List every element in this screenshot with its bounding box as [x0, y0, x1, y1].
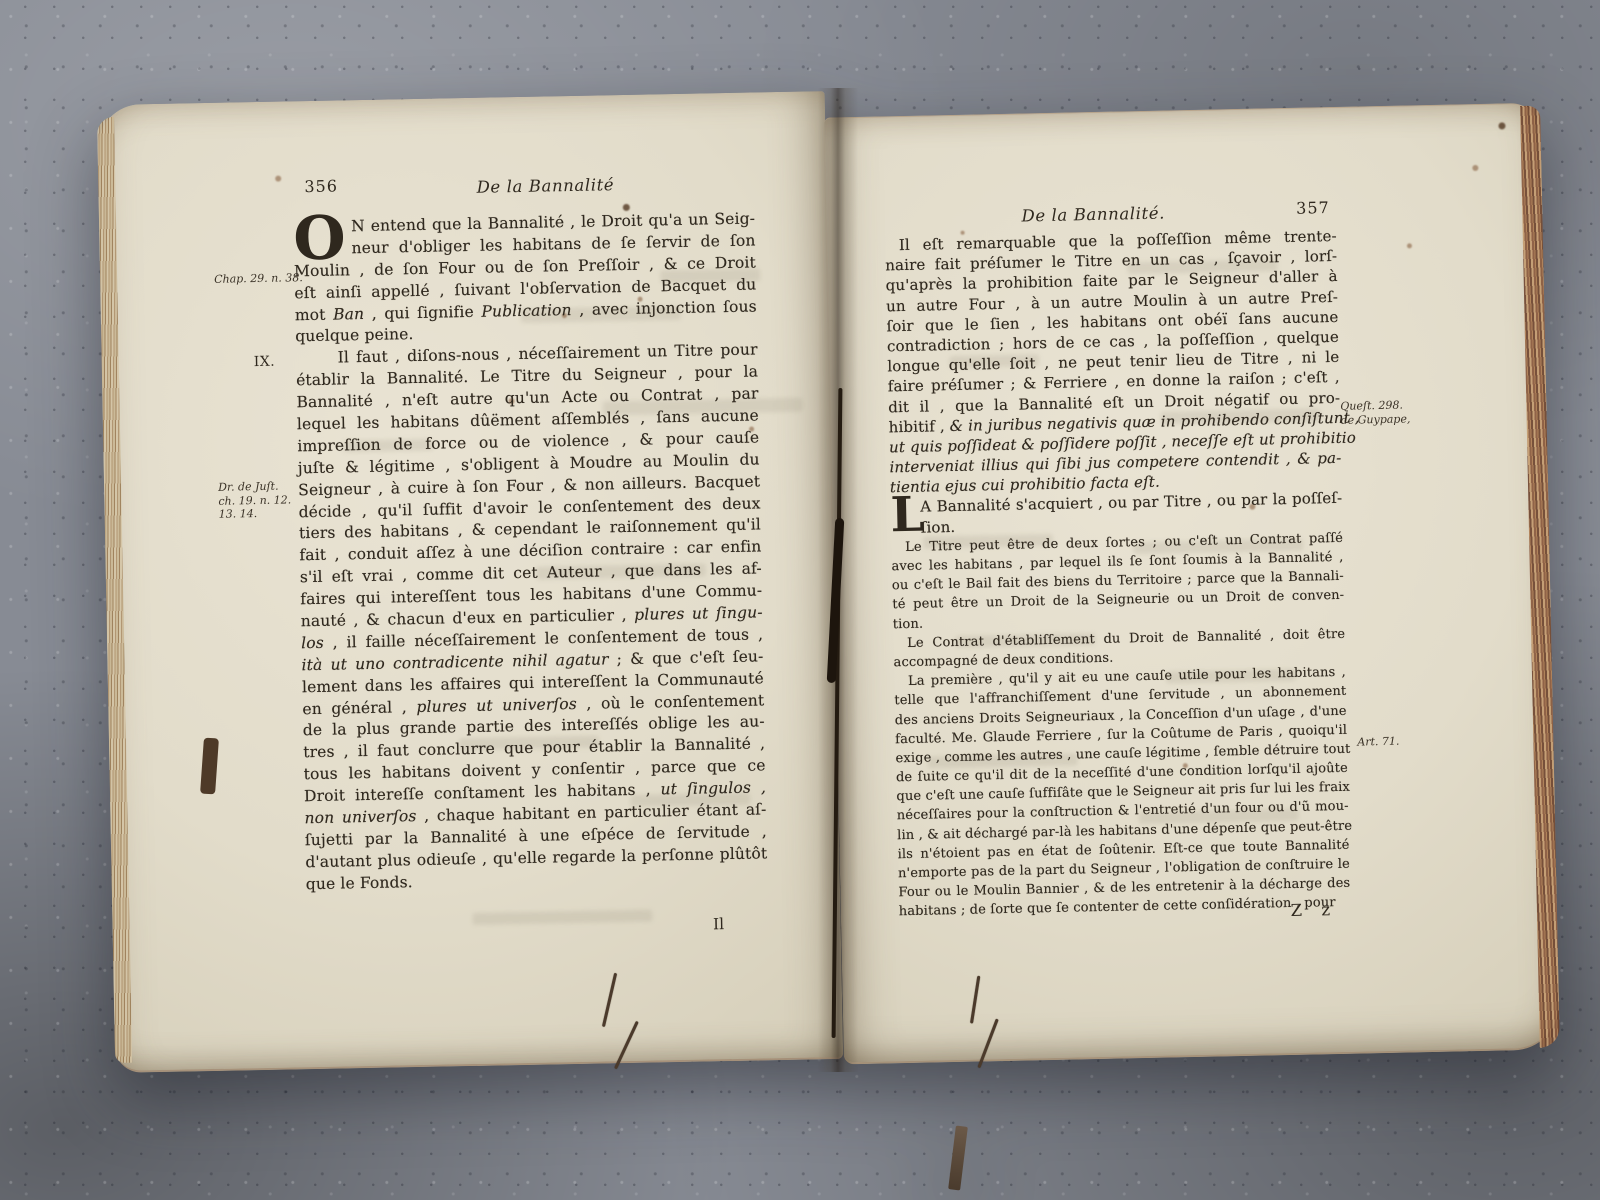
- paragraph: Il faut , diſons-nous , néceſſairement u…: [295, 340, 767, 896]
- margin-note: Chap. 29. n. 38.: [214, 271, 300, 286]
- margin-note-line: 13. 14.: [219, 506, 307, 521]
- paragraph: Le Titre peut être de deux ſortes ; ou c…: [891, 529, 1345, 634]
- paragraph: Il eſt remarquable que la poſſeſſion mêm…: [885, 226, 1342, 498]
- body-text: ON entend que la Bannalité , le Droit qu…: [293, 208, 768, 895]
- margin-note: Art. 71.: [1357, 734, 1437, 749]
- right-page-content: De la Bannalité. 357 Queſt. 298.de Guypa…: [824, 104, 1560, 1063]
- section-number: IX.: [254, 354, 276, 370]
- right-page: De la Bannalité. 357 Queſt. 298.de Guypa…: [824, 103, 1560, 1065]
- body-text: Il eſt remarquable que la poſſeſſion mêm…: [885, 226, 1351, 922]
- margin-note-line: Chap. 29. n. 38.: [214, 271, 300, 286]
- running-title: De la Bannalité: [450, 175, 640, 198]
- page-tail: [948, 1126, 968, 1191]
- photo-scene: 356 De la Bannalité Chap. 29. n. 38. IX.…: [0, 0, 1600, 1200]
- book: 356 De la Bannalité Chap. 29. n. 38. IX.…: [104, 88, 1554, 1072]
- margin-note-line: Art. 71.: [1357, 734, 1437, 749]
- page-number: 357: [1296, 198, 1330, 218]
- paragraph: La première , qu'il y ait eu une cauſe u…: [894, 663, 1351, 922]
- margin-note: Dr. de Juſt.ch. 19. n. 12.13. 14.: [218, 479, 307, 521]
- running-title: De la Bannalité.: [1000, 203, 1186, 226]
- left-page: 356 De la Bannalité Chap. 29. n. 38. IX.…: [97, 91, 843, 1073]
- left-page-content: 356 De la Bannalité Chap. 29. n. 38. IX.…: [97, 91, 843, 1071]
- page-number: 356: [304, 176, 338, 196]
- catchword: Il: [678, 915, 758, 935]
- signature-mark: Z z: [1269, 900, 1359, 921]
- paragraph: ON entend que la Bannalité , le Droit qu…: [293, 208, 757, 348]
